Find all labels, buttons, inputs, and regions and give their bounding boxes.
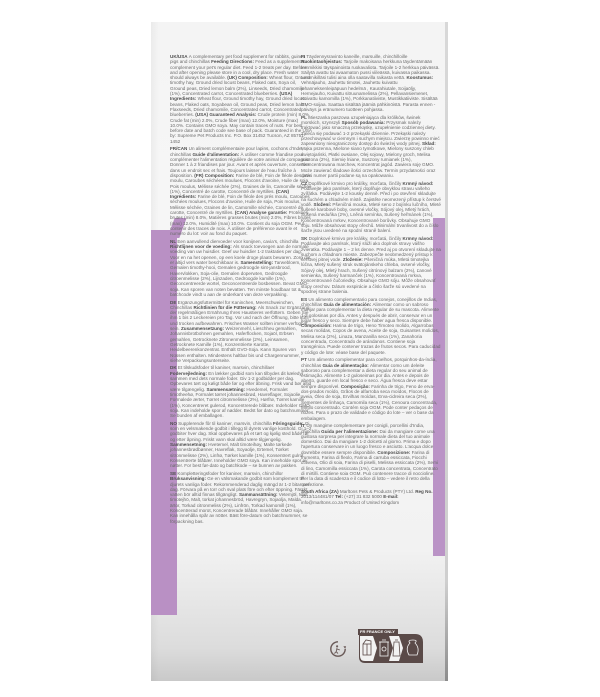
heading-label: Richtlinien für die Fütterung: (194, 305, 258, 310)
body-text: Tarwebloem, Gemalen timothy-hooi, Gemale… (170, 260, 309, 297)
heading-label: Samenstelling: (240, 260, 274, 265)
triman-sorting-info (357, 634, 423, 663)
body-text: Farinha de trigo, Feno de erva-dos-prado… (301, 384, 437, 421)
heading-label: Složení: (314, 202, 333, 207)
language-block: South Africa (ZA) Marltons Pets & Produc… (301, 489, 441, 505)
body-text: Weizenmehl, Lieschheu gemahlen, Johannis… (170, 326, 300, 363)
language-block: NL Een aanvullend diervoeder voor konijn… (170, 239, 312, 297)
language-block: IT Un mangime complementare per conigli,… (301, 423, 441, 487)
heading-label: Richtlijnen voor de voeding: (170, 244, 233, 249)
tidyman-recycle-icon (329, 640, 347, 658)
language-block: SE Kompletteringsfoder för kaniner, mars… (170, 471, 312, 524)
heading-label: Sammansättning: (239, 492, 279, 497)
heading-label: SK (301, 236, 309, 241)
heading-label: Zusammensetzung: (181, 326, 225, 331)
body-text: Täydennysravinto kaneille, marsuille, ch… (306, 54, 407, 59)
body-text: Marltons Pets & Products (PTY) Ltd. (340, 489, 415, 494)
language-block: ES Un alimento complementario para conej… (301, 297, 441, 355)
heading-label: (USA) Guaranteed Analysis: (195, 112, 257, 117)
heading-label: FR/CAN (170, 146, 189, 151)
language-block: PL Mieszanka paszowa uzupełniająca dla k… (301, 115, 441, 179)
heading-label: Koostumus: (406, 75, 433, 80)
heading-label: Guia de alimentação: (322, 363, 369, 368)
body-text: Et tilskudsfoder til kaniner, marsvin, c… (178, 365, 274, 370)
heading-label: Composição: (341, 384, 371, 389)
heading-label: NO (170, 421, 178, 426)
body-text: Vehnäjauho, Jauhettu timotei, Jauhettu k… (301, 80, 438, 111)
body-text: Harina de trigo, Heno Timoteo molido, Al… (301, 323, 440, 354)
heading-label: (CAN) Analyse garantie: (235, 210, 289, 215)
body-text: Supplerende fôr til kaniner, marsvin, ch… (178, 421, 273, 426)
heading-label: Guide d'alimentation: (192, 152, 240, 157)
body-text: Farina di frumento, Farina di fleolo, Fa… (301, 450, 438, 487)
body-text: Doplnkové krmivo pre králiky, morčatá, č… (309, 236, 403, 241)
body-text: (+27) 31 832 5000 (344, 494, 383, 499)
language-block: UK/USA A complementary pet food suppleme… (170, 54, 312, 144)
heading-label: Bruksanvisning: (170, 476, 207, 481)
language-block: PT Um alimento complementar para coelhos… (301, 357, 441, 421)
heading-label: Sammensetning: (170, 442, 208, 447)
heading-label: Composizione: (377, 450, 411, 455)
language-block: DE Ergänzungsfuttermittel für Kaninchen,… (170, 300, 312, 364)
heading-label: Feeding Directions: (211, 59, 255, 64)
body-text: Hvedemel, Formalet timotheehø, Formalet … (170, 387, 310, 418)
heading-label: Guía de alimentación: (323, 302, 372, 307)
heading-label: (UK) Composition: (227, 75, 269, 80)
body-text: info@marltons.co.za Product of United Ki… (301, 500, 399, 505)
language-block: SK Doplnkové krmivo pre králiky, morčatá… (301, 236, 441, 294)
language-block: NO Supplerende fôr til kaniner, marsvin,… (170, 421, 312, 469)
body-text: Doplňkové krmivo pro králíky, morčata, č… (308, 181, 402, 186)
language-block: CZ Doplňkové krmivo pro králíky, morčata… (301, 181, 441, 234)
body-text: Pšeničná múka, Mletá timotejka lúčna, Ml… (301, 257, 436, 294)
ingredients-column-left: UK/USA A complementary pet food suppleme… (170, 54, 312, 526)
body-text: Mąka pszenna, Mielone siano tymotkowe, M… (301, 146, 435, 177)
body-text: Een aanvullend diervoeder voor konijnen,… (177, 239, 298, 244)
heading-label: Sammensætning: (207, 387, 247, 392)
heading-label: DK (170, 365, 178, 370)
ingredients-column-right: FI Täydennysravinto kaneille, marsuille,… (301, 54, 441, 507)
body-text: Pšeničná mouka, Mleté seno z bojínku luč… (301, 202, 441, 233)
heading-label: Zloženie: (343, 257, 364, 262)
language-block: FR/CAN Un aliment complémentaire pour la… (170, 146, 312, 236)
heading-label: UK/USA (170, 54, 189, 59)
heading-label: Tel: (335, 494, 344, 499)
heading-label: Skład: (422, 141, 436, 146)
heading-label: Fodervejledning: (170, 371, 208, 376)
heading-label: Reg No. (415, 489, 432, 494)
heading-label: DE (170, 300, 178, 305)
heading-label: South Africa (ZA) (301, 489, 340, 494)
language-block: FI Täydennysravinto kaneille, marsuille,… (301, 54, 441, 112)
body-text: Kompletteringsfoder för kaniner, marsvin… (177, 471, 282, 476)
body-text: Crude protein (min) 8.0%, Crude fat (min… (170, 112, 312, 143)
heading-label: E-mail: (383, 494, 398, 499)
body-text: 2013/114481/07 (301, 494, 335, 499)
heading-label: Krmný návod: (403, 181, 434, 186)
heading-label: Composición: (301, 323, 333, 328)
heading-label: (FR) Composition: (194, 173, 235, 178)
package-side-edge (445, 22, 448, 681)
heading-label: Sposób podawania: (342, 120, 387, 125)
heading-label: Guida per l'alimentazione: (321, 429, 379, 434)
language-block: DK Et tilskudsfoder til kaniner, marsvin… (170, 365, 312, 418)
heading-label: Krmny návod: (403, 236, 434, 241)
heading-label: Ruokintaohjeistus: (301, 59, 344, 64)
body-text: Vetemjöl, Malt timotejhö, Malt, torkat j… (170, 492, 308, 523)
